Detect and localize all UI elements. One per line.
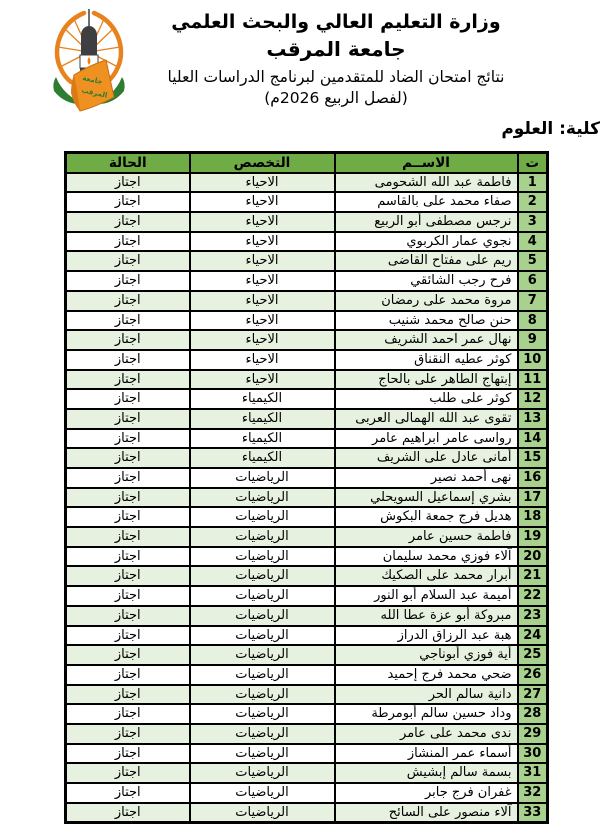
- results-table: ت الاســم التخصص الحالة 1 فاطمة عبد الله…: [64, 151, 549, 824]
- status-value: اجتاز: [66, 212, 190, 232]
- applicant-name: دانية سالم الحر: [335, 685, 518, 705]
- applicant-name: فاطمة حسين عامر: [335, 527, 518, 547]
- table-row: 9 نهال عمر احمد الشريف الاحياء اجتاز: [66, 330, 548, 350]
- specialization: الاحياء: [190, 330, 335, 350]
- status-value: اجتاز: [66, 586, 190, 606]
- status-value: اجتاز: [66, 685, 190, 705]
- specialization: الاحياء: [190, 271, 335, 291]
- applicant-name: مبروكة أبو عزة عطا الله: [335, 606, 518, 626]
- results-document: { "header": { "ministry": "وزارة التعليم…: [0, 0, 610, 833]
- specialization: الرياضيات: [190, 488, 335, 508]
- applicant-name: وداد حسين سالم أبومرطة: [335, 704, 518, 724]
- applicant-name: أسماء عمر المنشاز: [335, 744, 518, 764]
- table-row: 20 آلاء فوزي محمد سليمان الرياضيات اجتاز: [66, 547, 548, 567]
- applicant-name: مروة محمد على رمضان: [335, 291, 518, 311]
- status-value: اجتاز: [66, 665, 190, 685]
- specialization: الرياضيات: [190, 704, 335, 724]
- applicant-name: أمانى عادل على الشريف: [335, 448, 518, 468]
- specialization: الرياضيات: [190, 685, 335, 705]
- specialization: الرياضيات: [190, 507, 335, 527]
- applicant-name: نهال عمر احمد الشريف: [335, 330, 518, 350]
- row-number: 6: [518, 271, 548, 291]
- specialization: الرياضيات: [190, 606, 335, 626]
- specialization: الاحياء: [190, 251, 335, 271]
- applicant-name: بسمة سالم إبشيش: [335, 763, 518, 783]
- status-value: اجتاز: [66, 763, 190, 783]
- row-number: 17: [518, 488, 548, 508]
- status-value: اجتاز: [66, 330, 190, 350]
- row-number: 24: [518, 626, 548, 646]
- specialization: الرياضيات: [190, 724, 335, 744]
- status-value: اجتاز: [66, 626, 190, 646]
- status-value: اجتاز: [66, 645, 190, 665]
- row-number: 18: [518, 507, 548, 527]
- row-number: 27: [518, 685, 548, 705]
- row-number: 10: [518, 350, 548, 370]
- specialization: الكيمياء: [190, 448, 335, 468]
- col-header-major: التخصص: [190, 153, 335, 173]
- university-title: جامعة المرقب: [140, 36, 532, 62]
- table-row: 11 إبتهاج الطاهر على بالحاج الاحياء اجتا…: [66, 370, 548, 390]
- col-header-status: الحالة: [66, 153, 190, 173]
- applicant-name: تقوى عبد الله الهمالى العربى: [335, 409, 518, 429]
- specialization: الرياضيات: [190, 783, 335, 803]
- applicant-name: أميمة عبد السلام أبو النور: [335, 586, 518, 606]
- applicant-name: نهى أحمد نصير: [335, 468, 518, 488]
- faculty-label: كلية:: [559, 119, 600, 139]
- status-value: اجتاز: [66, 566, 190, 586]
- row-number: 2: [518, 192, 548, 212]
- specialization: الكيمياء: [190, 429, 335, 449]
- applicant-name: أبرار محمد على الصكيك: [335, 566, 518, 586]
- table-row: 2 صفاء محمد على بالقاسم الاحياء اجتاز: [66, 192, 548, 212]
- status-value: اجتاز: [66, 370, 190, 390]
- status-value: اجتاز: [66, 173, 190, 193]
- specialization: الرياضيات: [190, 763, 335, 783]
- table-row: 27 دانية سالم الحر الرياضيات اجتاز: [66, 685, 548, 705]
- status-value: اجتاز: [66, 389, 190, 409]
- university-logo-icon: جامعة المرقب: [40, 5, 138, 119]
- table-row: 5 ريم على مفتاح القاضى الاحياء اجتاز: [66, 251, 548, 271]
- applicant-name: هديل فرج جمعة البكوش: [335, 507, 518, 527]
- term-line: (لفصل الربيع 2026م): [140, 88, 532, 110]
- status-value: اجتاز: [66, 350, 190, 370]
- table-row: 10 كوثر عطيه النقناق الاحياء اجتاز: [66, 350, 548, 370]
- table-row: 17 بشري إسماعيل السويحلي الرياضيات اجتاز: [66, 488, 548, 508]
- applicant-name: هبة عبد الرزاق الدراز: [335, 626, 518, 646]
- status-value: اجتاز: [66, 606, 190, 626]
- applicant-name: فرح رجب الشائقي: [335, 271, 518, 291]
- table-row: 3 نرجس مصطفى أبو الربيع الاحياء اجتاز: [66, 212, 548, 232]
- applicant-name: ريم على مفتاح القاضى: [335, 251, 518, 271]
- status-value: اجتاز: [66, 507, 190, 527]
- university-logo: جامعة المرقب: [40, 5, 138, 119]
- status-value: اجتاز: [66, 271, 190, 291]
- row-number: 26: [518, 665, 548, 685]
- table-row: 29 ندى محمد على عامر الرياضيات اجتاز: [66, 724, 548, 744]
- faculty-value: العلوم: [501, 119, 553, 139]
- applicant-name: حنن صالح محمد شنيب: [335, 311, 518, 331]
- table-row: 26 ضحي محمد فرج إحميد الرياضيات اجتاز: [66, 665, 548, 685]
- applicant-name: إبتهاج الطاهر على بالحاج: [335, 370, 518, 390]
- row-number: 23: [518, 606, 548, 626]
- status-value: اجتاز: [66, 803, 190, 823]
- row-number: 20: [518, 547, 548, 567]
- col-header-name: الاســم: [335, 153, 518, 173]
- status-value: اجتاز: [66, 783, 190, 803]
- specialization: الاحياء: [190, 350, 335, 370]
- table-row: 15 أمانى عادل على الشريف الكيمياء اجتاز: [66, 448, 548, 468]
- table-row: 28 وداد حسين سالم أبومرطة الرياضيات اجتا…: [66, 704, 548, 724]
- row-number: 22: [518, 586, 548, 606]
- table-row: 23 مبروكة أبو عزة عطا الله الرياضيات اجت…: [66, 606, 548, 626]
- table-row: 7 مروة محمد على رمضان الاحياء اجتاز: [66, 291, 548, 311]
- row-number: 12: [518, 389, 548, 409]
- row-number: 21: [518, 566, 548, 586]
- applicant-name: ضحي محمد فرج إحميد: [335, 665, 518, 685]
- status-value: اجتاز: [66, 409, 190, 429]
- specialization: الاحياء: [190, 173, 335, 193]
- specialization: الرياضيات: [190, 468, 335, 488]
- results-subtitle: نتائج امتحان الضاد للمتقدمين لبرنامج الد…: [140, 66, 532, 88]
- specialization: الكيمياء: [190, 409, 335, 429]
- row-number: 16: [518, 468, 548, 488]
- row-number: 14: [518, 429, 548, 449]
- specialization: الرياضيات: [190, 566, 335, 586]
- table-row: 4 نجوي عمار الكربوي الاحياء اجتاز: [66, 232, 548, 252]
- table-row: 33 آلاء منصور على السائح الرياضيات اجتاز: [66, 803, 548, 823]
- status-value: اجتاز: [66, 448, 190, 468]
- status-value: اجتاز: [66, 232, 190, 252]
- col-header-index: ت: [518, 153, 548, 173]
- table-row: 8 حنن صالح محمد شنيب الاحياء اجتاز: [66, 311, 548, 331]
- status-value: اجتاز: [66, 704, 190, 724]
- row-number: 30: [518, 744, 548, 764]
- status-value: اجتاز: [66, 192, 190, 212]
- row-number: 32: [518, 783, 548, 803]
- applicant-name: نرجس مصطفى أبو الربيع: [335, 212, 518, 232]
- row-number: 13: [518, 409, 548, 429]
- specialization: الرياضيات: [190, 527, 335, 547]
- specialization: الاحياء: [190, 311, 335, 331]
- document-header: وزارة التعليم العالي والبحث العلمي جامعة…: [140, 10, 532, 110]
- specialization: الرياضيات: [190, 645, 335, 665]
- applicant-name: أية فوزي أبوناجي: [335, 645, 518, 665]
- table-row: 32 غفران فرج جابر الرياضيات اجتاز: [66, 783, 548, 803]
- table-row: 14 رواسى عامر ابراهيم عامر الكيمياء اجتا…: [66, 429, 548, 449]
- applicant-name: آلاء فوزي محمد سليمان: [335, 547, 518, 567]
- specialization: الرياضيات: [190, 586, 335, 606]
- specialization: الاحياء: [190, 370, 335, 390]
- status-value: اجتاز: [66, 488, 190, 508]
- applicant-name: صفاء محمد على بالقاسم: [335, 192, 518, 212]
- specialization: الرياضيات: [190, 626, 335, 646]
- table-row: 6 فرح رجب الشائقي الاحياء اجتاز: [66, 271, 548, 291]
- specialization: الاحياء: [190, 232, 335, 252]
- row-number: 1: [518, 173, 548, 193]
- row-number: 28: [518, 704, 548, 724]
- table-row: 19 فاطمة حسين عامر الرياضيات اجتاز: [66, 527, 548, 547]
- applicant-name: ندى محمد على عامر: [335, 724, 518, 744]
- table-row: 24 هبة عبد الرزاق الدراز الرياضيات اجتاز: [66, 626, 548, 646]
- table-row: 16 نهى أحمد نصير الرياضيات اجتاز: [66, 468, 548, 488]
- ministry-title: وزارة التعليم العالي والبحث العلمي: [140, 10, 532, 36]
- specialization: الرياضيات: [190, 547, 335, 567]
- applicant-name: كوثر على طلب: [335, 389, 518, 409]
- table-row: 31 بسمة سالم إبشيش الرياضيات اجتاز: [66, 763, 548, 783]
- row-number: 31: [518, 763, 548, 783]
- status-value: اجتاز: [66, 527, 190, 547]
- applicant-name: آلاء منصور على السائح: [335, 803, 518, 823]
- table-row: 1 فاطمة عبد الله الشحومى الاحياء اجتاز: [66, 173, 548, 193]
- table-row: 13 تقوى عبد الله الهمالى العربى الكيمياء…: [66, 409, 548, 429]
- status-value: اجتاز: [66, 724, 190, 744]
- status-value: اجتاز: [66, 744, 190, 764]
- status-value: اجتاز: [66, 311, 190, 331]
- row-number: 7: [518, 291, 548, 311]
- status-value: اجتاز: [66, 547, 190, 567]
- applicant-name: كوثر عطيه النقناق: [335, 350, 518, 370]
- row-number: 25: [518, 645, 548, 665]
- status-value: اجتاز: [66, 429, 190, 449]
- specialization: الرياضيات: [190, 803, 335, 823]
- table-row: 22 أميمة عبد السلام أبو النور الرياضيات …: [66, 586, 548, 606]
- status-value: اجتاز: [66, 468, 190, 488]
- status-value: اجتاز: [66, 291, 190, 311]
- table-row: 30 أسماء عمر المنشاز الرياضيات اجتاز: [66, 744, 548, 764]
- applicant-name: نجوي عمار الكربوي: [335, 232, 518, 252]
- table-row: 25 أية فوزي أبوناجي الرياضيات اجتاز: [66, 645, 548, 665]
- table-row: 21 أبرار محمد على الصكيك الرياضيات اجتاز: [66, 566, 548, 586]
- row-number: 3: [518, 212, 548, 232]
- specialization: الاحياء: [190, 212, 335, 232]
- specialization: الاحياء: [190, 291, 335, 311]
- table-body: 1 فاطمة عبد الله الشحومى الاحياء اجتاز 2…: [66, 173, 548, 823]
- specialization: الاحياء: [190, 192, 335, 212]
- row-number: 11: [518, 370, 548, 390]
- status-value: اجتاز: [66, 251, 190, 271]
- row-number: 15: [518, 448, 548, 468]
- specialization: الرياضيات: [190, 665, 335, 685]
- specialization: الكيمياء: [190, 389, 335, 409]
- applicant-name: بشري إسماعيل السويحلي: [335, 488, 518, 508]
- faculty-line: كلية: العلوم: [501, 119, 600, 139]
- row-number: 9: [518, 330, 548, 350]
- row-number: 4: [518, 232, 548, 252]
- row-number: 33: [518, 803, 548, 823]
- table-row: 18 هديل فرج جمعة البكوش الرياضيات اجتاز: [66, 507, 548, 527]
- applicant-name: فاطمة عبد الله الشحومى: [335, 173, 518, 193]
- applicant-name: رواسى عامر ابراهيم عامر: [335, 429, 518, 449]
- row-number: 8: [518, 311, 548, 331]
- row-number: 29: [518, 724, 548, 744]
- row-number: 5: [518, 251, 548, 271]
- specialization: الرياضيات: [190, 744, 335, 764]
- row-number: 19: [518, 527, 548, 547]
- table-row: 12 كوثر على طلب الكيمياء اجتاز: [66, 389, 548, 409]
- table-header-row: ت الاســم التخصص الحالة: [66, 153, 548, 173]
- applicant-name: غفران فرج جابر: [335, 783, 518, 803]
